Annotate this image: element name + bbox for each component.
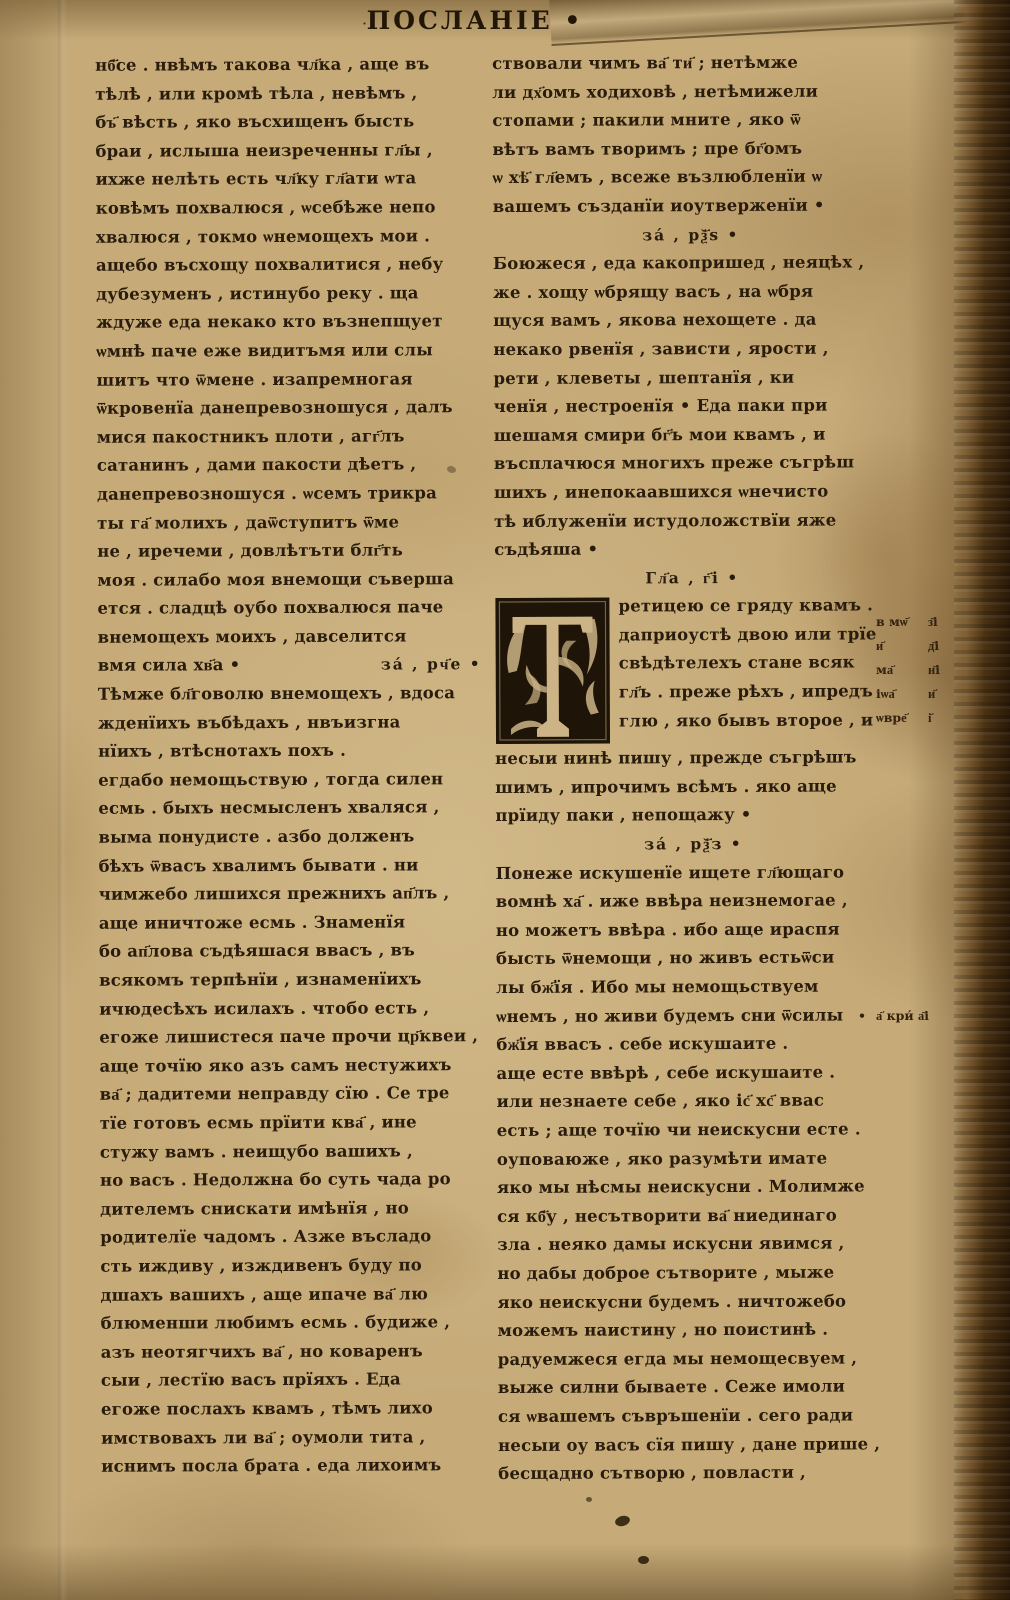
right-column-lines-4: Понеже искушенїе ищете гл҃ющаговомнѣ ха҃…: [496, 858, 895, 1489]
right-column: ствовали чимъ ва҃ ти҃ ; нетѣмжели дх҃омъ…: [492, 48, 894, 1488]
marginal-reference-row: ѡвре҃ і҃: [876, 706, 996, 730]
page-title: ПОСЛАНІЕ •: [0, 6, 950, 35]
marginal-reference-row: іѡа҃ и҃: [876, 682, 996, 706]
text-line: бъ҃ вѣсть , яко въсхищенъ бысть: [95, 107, 493, 137]
ink-blot: [586, 1497, 592, 1502]
text-line: стопами ; пакили мните , яко ѿ: [492, 106, 888, 136]
text-line: ствовали чимъ ва҃ ти҃ ; нетѣмже: [492, 48, 888, 78]
text-line: яко мы нѣсмы неискусни . Молимже: [497, 1173, 893, 1203]
marginal-chapter-number: і҃: [928, 706, 931, 730]
text-line: жденїихъ въбѣдахъ , нвъизгна: [98, 708, 496, 738]
text-line: бж҃їя ввасъ . себе искушаите .: [496, 1030, 892, 1060]
text-line: ѿкровенїа данепревозношуся , далъ: [97, 393, 495, 423]
text-line: родителїе чадомъ . Азже въсладо: [100, 1222, 498, 1252]
text-line: ся кб҃у , несътворити ва҃ ниединаго: [497, 1201, 893, 1231]
ink-blot: [614, 1514, 631, 1528]
text-line: аще есте ввѣрѣ , себе искушаите .: [496, 1058, 892, 1088]
text-line: ты га҃ молихъ , даѿступитъ ѿме: [97, 508, 495, 538]
text-line: ихже нелѣть есть чл҃ку гл҃ати ѡта: [96, 164, 494, 194]
right-column-lines-1: ствовали чимъ ва҃ ти҃ ; нетѣмжели дх҃омъ…: [492, 48, 889, 221]
marginal-reference-row: в мѡ҃ з҃і: [876, 610, 996, 634]
paper-crease: [58, 0, 68, 1600]
text-line: глю , яко бывъ второе , и: [619, 706, 877, 736]
text-line: дителемъ снискати имѣнїя , но: [100, 1194, 498, 1224]
text-line: или незнаете себе , яко іс҃ хс҃ ввас: [497, 1087, 893, 1117]
text-line: Понеже искушенїе ищете гл҃ющаго: [496, 858, 892, 888]
left-column-bottom-lines: Тѣмже бл҃говолю внемощехъ , вдосажденїих…: [98, 679, 499, 1481]
text-line: гл҃ъ . преже рѣхъ , ипредъ: [619, 677, 877, 707]
text-line: азъ неотягчихъ ва҃ , но коваренъ: [101, 1337, 499, 1367]
text-line: радуемжеся егда мы немощесвуем ,: [498, 1344, 894, 1374]
text-line: аще иничтоже есмь . Знаменїя: [99, 908, 497, 938]
text-line: но можетъ ввѣра . ибо аще ираспя: [496, 915, 892, 945]
text-line: лы бж҃їя . Ибо мы немощьствуем: [496, 972, 892, 1002]
marginal-chapter-number: з҃і: [928, 610, 938, 634]
text-line: выма понудисте . азбо долженъ: [98, 822, 496, 852]
marginal-reference-row: и҃ д҃і: [876, 634, 996, 658]
text-line: аще точїю яко азъ самъ нестужихъ: [99, 1051, 497, 1081]
marginal-chapter-number: и҃: [928, 682, 935, 706]
zachalo-marker: за́ , рѯ҃ѕ •: [493, 220, 889, 250]
text-line: ли дх҃омъ ходиховѣ , нетѣмижели: [492, 77, 888, 107]
text-line: браи , ислыша неизреченны гл҃ы ,: [95, 136, 493, 166]
text-line: ченїя , нестроенїя • Еда паки при: [493, 391, 889, 421]
text-line: вомнѣ ха҃ . иже ввѣра неизнемогае ,: [496, 887, 892, 917]
text-line: не , иречеми , довлѣтъти блг҃ть: [97, 536, 495, 566]
text-line: вѣтъ вамъ творимъ ; пре бг҃омъ: [492, 134, 888, 164]
ink-blot: [447, 466, 456, 473]
marginal-book-abbrev: в мѡ҃: [876, 610, 928, 634]
ink-blot: [638, 1556, 649, 1564]
text-line: бысть ѿнемощи , но живъ естьѿси: [496, 944, 892, 974]
text-line: имствовахъ ли ва҃ ; оумоли тита ,: [101, 1423, 499, 1453]
marginal-bullet: •: [858, 1008, 866, 1023]
manuscript-page: · ПОСЛАНІЕ • нб҃се . нвѣмъ такова чл҃ка …: [0, 0, 1010, 1600]
text-line: стужу вамъ . неищубо вашихъ ,: [100, 1137, 498, 1167]
text-line: ковѣмъ похвалюся , ѡсебѣже непо: [96, 193, 494, 223]
text-line: свѣдѣтелехъ стане всяк: [619, 649, 877, 679]
text-line: тѣлѣ , или кромѣ тѣла , невѣмъ ,: [95, 79, 493, 109]
text-line: егоже лишистеся паче прочи цр҃квеи ,: [99, 1022, 497, 1052]
text-line: хвалюся , токмо ѡнемощехъ мои .: [96, 222, 494, 252]
text-line: всякомъ терпѣнїи , изнаменїихъ: [99, 965, 497, 995]
text-line: тѣ иблуженїи истудоложствїи яже: [494, 506, 890, 536]
drop-cap-block: Т ретицею се гряду квамъ .даприоустѣ дво…: [494, 592, 891, 746]
text-block: нб҃се . нвѣмъ такова чл҃ка , аще вътѣлѣ …: [0, 48, 1010, 52]
text-line: шитъ что ѿмене . изапремногая: [96, 365, 494, 395]
text-line: бо ап҃лова съдѣяшася ввасъ , въ: [99, 936, 497, 966]
text-line: моя . силабо моя внемощи съверша: [97, 565, 495, 595]
text-line: ичюдесѣхъ исилахъ . чтобо есть ,: [99, 994, 497, 1024]
text-line: внемощехъ моихъ , давселится: [97, 622, 495, 652]
text-line: выже силни бываете . Сеже имоли: [498, 1373, 894, 1403]
text-line: зла . неяко дамы искусни явимся ,: [497, 1230, 893, 1260]
chapter-heading: Гл҃а , г҃і •: [494, 563, 890, 593]
text-line: щуся вамъ , якова нехощете . да: [493, 306, 889, 336]
text-line: тїе готовъ есмь прїити ква҃ , ине: [100, 1108, 498, 1138]
text-line: Тѣмже бл҃говолю внемощехъ , вдоса: [98, 679, 496, 709]
text-line: ся ѡвашемъ съвръшенїи . сего ради: [498, 1401, 894, 1431]
text-line: несыи нинѣ пишу , прежде съгрѣшъ: [495, 744, 891, 774]
text-line: сть иждиву , изждивенъ буду по: [100, 1251, 498, 1281]
text-line: ждуже еда некако кто възнепщует: [96, 307, 494, 337]
text-line: Боюжеся , еда какопришед , неяцѣх ,: [493, 248, 889, 278]
text-line: прїиду паки , непощажу •: [495, 801, 891, 831]
text-line: егдабо немощьствую , тогда силен: [98, 765, 496, 795]
text-line: ется . сладцѣ оубо похвалюся паче: [97, 593, 495, 623]
binding-edge: [954, 0, 1010, 1600]
text-line: ѡ хѣ҃ гл҃емъ , всеже възлюбленїи ѡ: [492, 163, 888, 193]
text-line: некако рвенїя , зависти , ярости ,: [493, 334, 889, 364]
marginal-references: в мѡ҃ з҃і и҃ д҃і ма҃ н҃і іѡа҃ и҃ ѡвре҃ і…: [876, 610, 996, 730]
text-line: съдѣяша •: [494, 534, 890, 564]
drop-cap-lines: ретицею се гряду квамъ .даприоустѣ двою …: [618, 592, 877, 736]
left-column: нб҃се . нвѣмъ такова чл҃ка , аще вътѣлѣ …: [95, 50, 499, 1481]
marginal-chapter-number: д҃і: [928, 634, 939, 658]
text-line: вашемъ създанїи иоутверженїи •: [493, 191, 889, 221]
text-line: но васъ . Недолжна бо суть чада ро: [100, 1165, 498, 1195]
text-line: шешамя смири бг҃ъ мои квамъ , и: [494, 420, 890, 450]
marginal-book-abbrev: ѡвре҃: [876, 706, 928, 730]
text-line: данепревозношуся . ѡсемъ трикра: [97, 479, 495, 509]
text-line: ѡнемъ , но живи будемъ сни ѿсилы: [496, 1001, 892, 1031]
text-line: оуповаюже , яко разумѣти имате: [497, 1144, 893, 1174]
text-line: иснимъ посла брата . еда лихоимъ: [101, 1451, 499, 1481]
text-line: сатанинъ , дами пакости дѣетъ ,: [97, 450, 495, 480]
text-line: ащебо въсхощу похвалитися , небу: [96, 250, 494, 280]
right-column-lines-3: несыи нинѣ пишу , прежде съгрѣшъшимъ , и…: [495, 744, 891, 832]
zachalo-marker: за́ , рч҃е •: [381, 651, 496, 680]
text-line: нб҃се . нвѣмъ такова чл҃ка , аще въ: [95, 50, 493, 80]
text-line: ретицею се гряду квамъ .: [618, 592, 876, 622]
right-column-lines-2: Боюжеся , еда какопришед , неяцѣх ,же . …: [493, 248, 890, 564]
zachalo-marker: за́ , рѯ҃з •: [495, 829, 891, 859]
initial-letter: Т: [494, 593, 495, 594]
text-line: нїихъ , втѣснотахъ похъ .: [98, 736, 496, 766]
text-line: же . хощу ѡбрящу васъ , на ѡбря: [493, 277, 889, 307]
text-line: егоже послахъ квамъ , тѣмъ лихо: [101, 1394, 499, 1424]
line-with-zachalo: вмя сила хв҃а • за́ , рч҃е •: [98, 651, 496, 681]
text-line: чимжебо лишихся прежнихъ ап҃лъ ,: [99, 879, 497, 909]
marginal-note: •а҃ кри́ а҃і: [858, 1008, 998, 1024]
text-line: сыи , лестїю васъ прїяхъ . Еда: [101, 1365, 499, 1395]
text-line: шихъ , инепокаавшихся ѡнечисто: [494, 477, 890, 507]
marginal-book-abbrev: и҃: [876, 634, 928, 658]
marginal-reference-row: ма҃ н҃і: [876, 658, 996, 682]
text-line: рети , клеветы , шептанїя , ки: [493, 363, 889, 393]
text-line: дубезуменъ , истинубо реку . ща: [96, 279, 494, 309]
marginal-book-abbrev: іѡа҃: [876, 682, 928, 706]
text-line: шимъ , ипрочимъ всѣмъ . яко аще: [495, 772, 891, 802]
text-line: даприоустѣ двою или трїе: [618, 620, 876, 650]
text-line: есть ; аще точїю чи неискусни есте .: [497, 1115, 893, 1145]
text-line: но дабы доброе сътворите , мыже: [497, 1258, 893, 1288]
text-line: можемъ наистину , но поистинѣ .: [498, 1315, 894, 1345]
text-line: дшахъ вашихъ , аще ипаче ва҃ лю: [100, 1280, 498, 1310]
text-line: есмь . быхъ несмысленъ хваляся ,: [98, 793, 496, 823]
text-line: яко неискусни будемъ . ничтожебо: [497, 1287, 893, 1317]
text-line: блюменши любимъ есмь . будиже ,: [100, 1308, 498, 1338]
text-line: вмя сила хв҃а •: [98, 652, 241, 681]
marginal-note-text: а҃ кри́ а҃і: [876, 1008, 929, 1023]
marginal-chapter-number: н҃і: [928, 658, 940, 682]
text-line: мися пакостникъ плоти , агг҃лъ: [97, 422, 495, 452]
marginal-book-abbrev: ма҃: [876, 658, 928, 682]
left-column-top-lines: нб҃се . нвѣмъ такова чл҃ка , аще вътѣлѣ …: [95, 50, 496, 652]
text-line: въсплачюся многихъ преже съгрѣш: [494, 449, 890, 479]
text-line: ва҃ ; дадитеми неправду сїю . Се тре: [99, 1079, 497, 1109]
text-line: несыи оу васъ сїя пишу , дане прише ,: [498, 1430, 894, 1460]
text-line: ѡмнѣ паче еже видитъмя или слы: [96, 336, 494, 366]
woodcut-initial-T-icon: [494, 597, 611, 746]
text-line: бѣхъ ѿвасъ хвалимъ бывати . ни: [98, 851, 496, 881]
text-line: бесщадно сътворю , повласти ,: [498, 1458, 894, 1488]
